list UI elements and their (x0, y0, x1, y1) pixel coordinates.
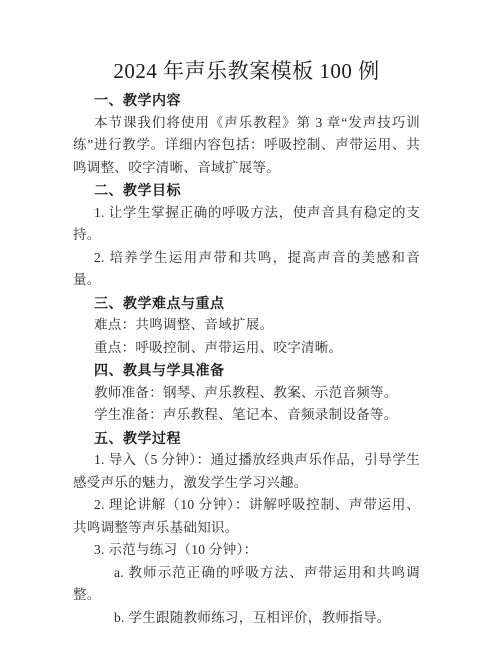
section-heading-teaching-content: 一、教学内容 (73, 89, 420, 112)
teacher-preparation-line: 教师准备：钢琴、声乐教程、教案、示范音频等。 (73, 382, 420, 405)
section-teaching-objectives: 二、教学目标 1. 让学生掌握正确的呼吸方法，使声音具有稳定的支持。 2. 培养… (73, 179, 420, 292)
section-teaching-content: 一、教学内容 本节课我们将使用《声乐教程》第 3 章“发声技巧训练”进行教学。详… (73, 89, 420, 179)
objective-item-1: 1. 让学生掌握正确的呼吸方法，使声音具有稳定的支持。 (73, 202, 420, 247)
document-page: 2024 年声乐教案模板 100 例 一、教学内容 本节课我们将使用《声乐教程》… (0, 0, 500, 647)
focus-point-line: 重点：呼吸控制、声带运用、咬字清晰。 (73, 337, 420, 360)
section-heading-difficulties-and-focus: 三、教学难点与重点 (73, 292, 420, 315)
paragraph-teaching-content-intro: 本节课我们将使用《声乐教程》第 3 章“发声技巧训练”进行教学。详细内容包括：呼… (73, 112, 420, 180)
objective-item-2: 2. 培养学生运用声带和共鸣，提高声音的美感和音量。 (73, 247, 420, 292)
process-step-3a-teacher-demo: a. 教师示范正确的呼吸方法、声带运用和共鸣调整。 (73, 562, 420, 607)
process-step-3b-student-practice: b. 学生跟随教师练习，互相评价，教师指导。 (73, 607, 420, 630)
section-teaching-process: 五、教学过程 1. 导入（5 分钟）：通过播放经典声乐作品，引导学生感受声乐的魅… (73, 427, 420, 630)
section-difficulties-and-focus: 三、教学难点与重点 难点：共鸣调整、音域扩展。 重点：呼吸控制、声带运用、咬字清… (73, 292, 420, 360)
process-step-1-introduction: 1. 导入（5 分钟）：通过播放经典声乐作品，引导学生感受声乐的魅力，激发学生学… (73, 449, 420, 494)
section-heading-materials-preparation: 四、教具与学具准备 (73, 359, 420, 382)
process-step-3-demo-practice: 3. 示范与练习（10 分钟）： (73, 539, 420, 562)
student-preparation-line: 学生准备：声乐教程、笔记本、音频录制设备等。 (73, 404, 420, 427)
section-heading-teaching-objectives: 二、教学目标 (73, 179, 420, 202)
section-heading-teaching-process: 五、教学过程 (73, 427, 420, 450)
section-materials-preparation: 四、教具与学具准备 教师准备：钢琴、声乐教程、教案、示范音频等。 学生准备：声乐… (73, 359, 420, 427)
document-title: 2024 年声乐教案模板 100 例 (73, 56, 420, 86)
difficulty-point-line: 难点：共鸣调整、音域扩展。 (73, 314, 420, 337)
process-step-2-theory: 2. 理论讲解（10 分钟）：讲解呼吸控制、声带运用、共鸣调整等声乐基础知识。 (73, 494, 420, 539)
